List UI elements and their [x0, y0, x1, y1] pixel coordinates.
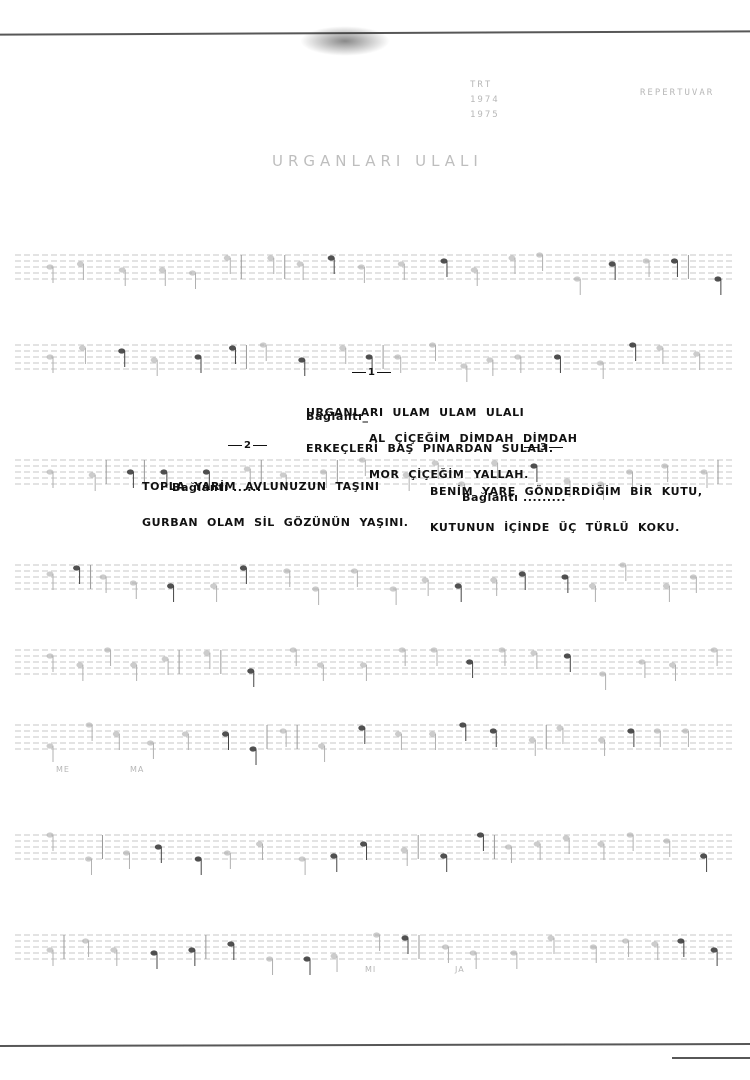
- header-faint-line-2: 1974: [470, 95, 500, 105]
- staff-6: [0, 715, 750, 765]
- verse-3-line-2: KUTUNUN İÇİNDE ÜÇ TÜRLÜ KOKU.: [430, 522, 703, 534]
- verse-3-number: 3: [522, 442, 565, 453]
- verse-2-line-2: GURBAN OLAM SİL GÖZÜNÜN YAŞINI.: [142, 517, 409, 529]
- syllable: ME: [56, 765, 70, 774]
- header-faint-line-1: TRT: [470, 80, 492, 90]
- staff-1: [0, 245, 750, 295]
- bottom-border-stub: [672, 1057, 750, 1059]
- verse-1-refrain-label: Bağlantı_: [306, 411, 369, 423]
- verse-1-number: 1: [350, 367, 393, 378]
- verse-3: BENİM YARE GÖNDERDİĞİM BİR KUTU, KUTUNUN…: [430, 462, 703, 546]
- staff-7: [0, 825, 750, 875]
- song-title-faint: URGANLARI ULALI: [272, 152, 483, 170]
- verse-2: TOPLA YARİM AVLUNUZUN TAŞINI GURBAN OLAM…: [142, 457, 409, 541]
- bottom-border-line: [0, 1043, 750, 1047]
- syllable: MA: [130, 765, 144, 774]
- header-faint-line-3: 1975: [470, 110, 500, 120]
- staff-5: [0, 640, 750, 690]
- verse-2-refrain-label: Bağlantı ......: [172, 482, 262, 494]
- syllable: MI: [365, 965, 376, 974]
- copy-smudge: [300, 26, 390, 56]
- verse-2-number: 2: [226, 440, 269, 451]
- syllable: JA: [455, 965, 465, 974]
- staff-4: [0, 555, 750, 605]
- header-faint-right: REPERTUVAR: [640, 88, 714, 98]
- verse-3-refrain-label: Bağlantı .........: [462, 492, 566, 504]
